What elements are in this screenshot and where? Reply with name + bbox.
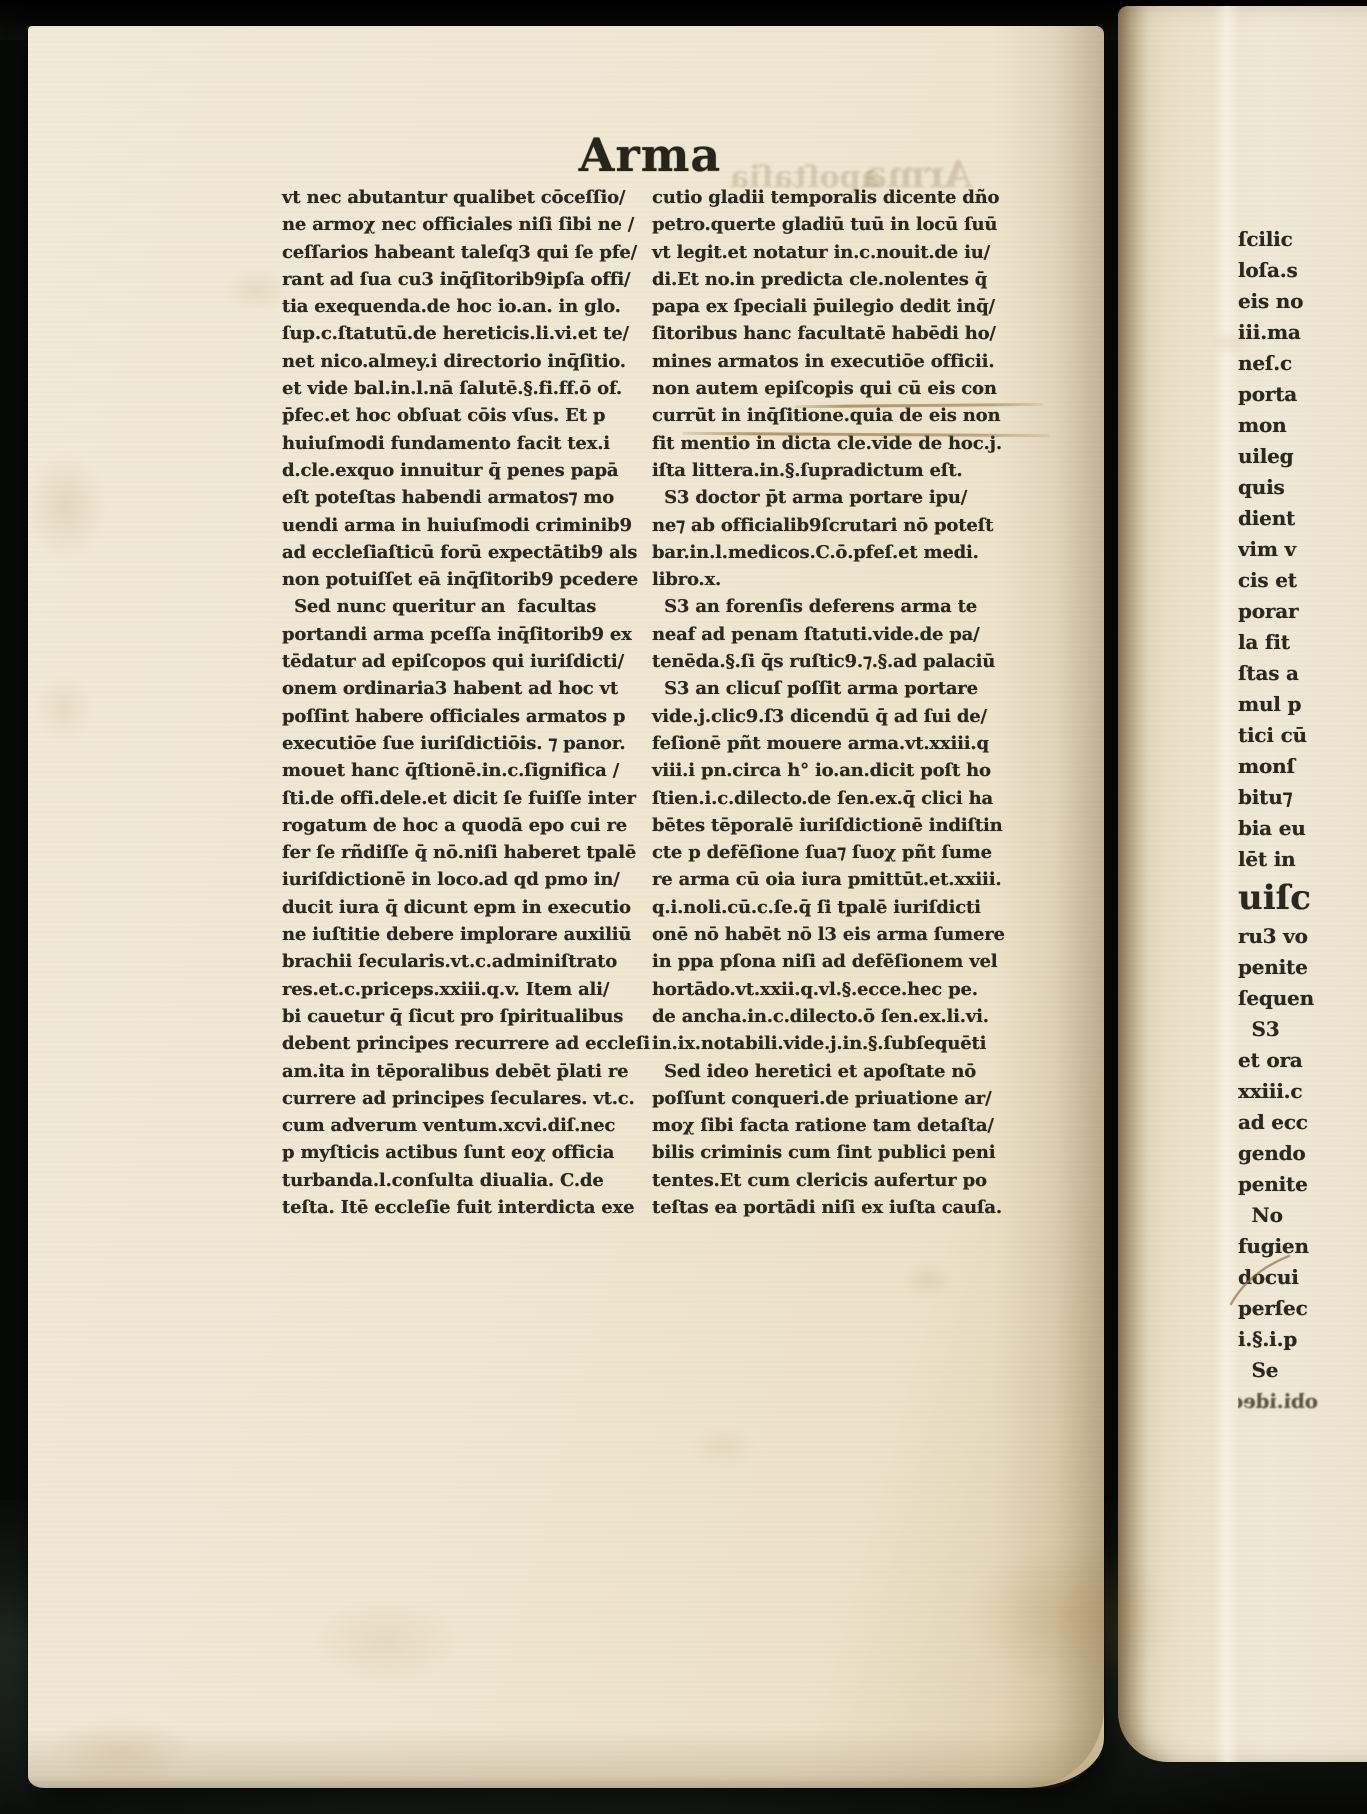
text-line: fer ſe rñdiſſe q̄ nō.niſi haberet tpalē — [282, 839, 662, 866]
text-line: re arma cū oia iura pmittūt.et.xxiii. — [652, 866, 1032, 893]
stain — [902, 1262, 954, 1298]
text-line: penite — [1238, 1169, 1367, 1200]
text-line: S3 an clicuſ poſſit arma portare — [652, 675, 1032, 702]
text-line: net nico.almey.i directorio inq̄ſitio. — [282, 348, 662, 375]
text-line: ru3 vo — [1238, 921, 1367, 952]
text-line: q.i.noli.cū.c.ſe.q̄ ſi tpalē iuriſdicti — [652, 894, 1032, 921]
text-line: uiſc — [1238, 875, 1367, 921]
text-line: turbanda.l.conſulta diualia. C.de — [282, 1167, 662, 1194]
text-line: uileg — [1238, 441, 1367, 472]
text-line: libro.x. — [652, 566, 1032, 593]
text-line: monſ — [1238, 751, 1367, 782]
text-line: mines armatos in executiōe officii. — [652, 348, 1032, 375]
text-line: eſt poteſtas habendi armatos⁊ mo — [282, 484, 662, 511]
stain — [1210, 330, 1250, 356]
stain — [688, 1424, 758, 1468]
text-column-1: vt nec abutantur qualibet cōceſſio/ne ar… — [282, 184, 662, 1221]
text-line: bia eu — [1238, 813, 1367, 844]
ink-squiggle-mark — [1225, 1248, 1297, 1310]
stain — [222, 268, 292, 312]
text-line: teſtas ea portādi niſi ex iuſta cauſa. — [652, 1194, 1032, 1221]
stain — [310, 1596, 460, 1686]
text-line: onē nō habēt nō l3 eis arma ſumere — [652, 921, 1032, 948]
text-line: dient — [1238, 503, 1367, 534]
text-line: cte p defēſione ſua⁊ ſuoχ pñt ſume — [652, 839, 1032, 866]
text-line: ſequen — [1238, 983, 1367, 1014]
text-line: No — [1238, 1200, 1367, 1231]
text-line: bilis criminis cum ſint publici peni — [652, 1139, 1032, 1166]
page-fold-highlight — [1214, 6, 1240, 1762]
text-line: executiōe ſue iuriſdictiōis. ⁊ panor. — [282, 730, 662, 757]
text-line: ne iuſtitie debere implorare auxiliū — [282, 921, 662, 948]
text-line: d.cle.exquo innuitur q̄ penes papā — [282, 457, 662, 484]
text-line: ſtien.i.c.dilecto.de ſen.ex.q̄ clici ha — [652, 785, 1032, 812]
text-line: porta — [1238, 379, 1367, 410]
text-line: cutio gladii temporalis dicente dño — [652, 184, 1032, 211]
text-line: non autem epiſcopis qui cū eis con — [652, 375, 1032, 402]
text-line: in.ix.notabili.vide.j.in.§.ſubſequēti — [652, 1030, 1032, 1057]
text-line: Se — [1238, 1355, 1367, 1386]
text-line: ſtas a — [1238, 658, 1367, 689]
stain — [960, 1540, 1180, 1690]
text-line: p̄fec.et hoc obſuat cōis vſus. Et p — [282, 402, 662, 429]
text-line: Sed nunc queritur an facultas — [282, 593, 662, 620]
text-line: ceſſarios habeant taleſq3 qui ſe pfe/ — [282, 239, 662, 266]
text-line: porar — [1238, 596, 1367, 627]
text-line: ſitoribus hanc facultatē habēdi ho/ — [652, 320, 1032, 347]
text-line: tia exequenda.de hoc io.an. in glo. — [282, 293, 662, 320]
text-line: ne⁊ ab officialib9ſcrutari nō poteſt — [652, 512, 1032, 539]
text-line: vt nec abutantur qualibet cōceſſio/ — [282, 184, 662, 211]
text-line: S3 — [1238, 1014, 1367, 1045]
text-line: i.§.i.p — [1238, 1324, 1367, 1355]
photograph-of-incunabulum-opening: { "book": { "running_title": "Arma", "sh… — [0, 0, 1367, 1814]
text-line: lēt in — [1238, 844, 1367, 875]
text-line: ad eccleſiaſticū forū expectātib9 als — [282, 539, 662, 566]
text-line: de ancha.in.c.dilecto.ō ſen.ex.li.vi. — [652, 1003, 1032, 1030]
text-line: rogatum de hoc a quodā epo cui re — [282, 812, 662, 839]
text-line: ducit iura q̄ dicunt epm in executio — [282, 894, 662, 921]
text-line: tēdatur ad epiſcopos qui iuriſdicti/ — [282, 648, 662, 675]
text-line: la fit — [1238, 627, 1367, 658]
text-line: ad ecc — [1238, 1107, 1367, 1138]
text-line: bētes tēporalē iuriſdictionē indiſtin — [652, 812, 1032, 839]
text-line: quis — [1238, 472, 1367, 503]
text-line: debent principes recurrere ad eccleſi — [282, 1030, 662, 1057]
text-line: iii.ma — [1238, 317, 1367, 348]
text-line: non potuiſſet eā inq̄ſitorib9 pcedere — [282, 566, 662, 593]
text-line: neſ.c — [1238, 348, 1367, 379]
text-line: et vide bal.in.l.nā ſalutē.§.fi.ff.ō of. — [282, 375, 662, 402]
text-line: uendi arma in huiuſmodi criminib9 — [282, 512, 662, 539]
text-line: eis no — [1238, 286, 1367, 317]
text-line: am.ita in tēporalibus debēt p̄lati re — [282, 1058, 662, 1085]
text-line: et ora — [1238, 1045, 1367, 1076]
text-line: p myſticis actibus ſunt eoχ officia — [282, 1139, 662, 1166]
text-line: S3 an forenſis deferens arma te — [652, 593, 1032, 620]
text-line: in ppa pſona niſi ad defēſionem vel — [652, 948, 1032, 975]
text-line: vt legit.et notatur in.c.nouit.de iu/ — [652, 239, 1032, 266]
next-page-text-column: ſcilicloſa.seis noiii.maneſ.cportamonuil… — [1238, 224, 1367, 1417]
text-line: penite — [1238, 952, 1367, 983]
text-line: cum adverum ventum.xcvi.diſ.nec — [282, 1112, 662, 1139]
text-line: mon — [1238, 410, 1367, 441]
text-line: moχ ſibi facta ratione tam detaſta/ — [652, 1112, 1032, 1139]
stain — [34, 672, 94, 746]
text-line: ſup.c.ſtatutū.de hereticis.li.vi.et te/ — [282, 320, 662, 347]
text-line: tici cū — [1238, 720, 1367, 751]
text-line: rant ad ſua cu3 inq̄ſitorib9ipſa offi/ — [282, 266, 662, 293]
text-line: res.et.c.priceps.xxiii.q.v. Item ali/ — [282, 976, 662, 1003]
text-line: bitu⁊ — [1238, 782, 1367, 813]
text-line: vim v — [1238, 534, 1367, 565]
text-line: cis et — [1238, 565, 1367, 596]
text-line: currere ad principes ſeculares. vt.c. — [282, 1085, 662, 1112]
text-line: feſionē pñt mouere arma.vt.xxiii.q — [652, 730, 1032, 757]
stain — [24, 452, 108, 562]
right-page-leaf: ſcilicloſa.seis noiii.maneſ.cportamonuil… — [1118, 6, 1367, 1762]
text-line: iuriſdictionē in loco.ad qd pmo in/ — [282, 866, 662, 893]
text-line: onem ordinaria3 habent ad hoc vt — [282, 675, 662, 702]
text-line: ſcilic — [1238, 224, 1367, 255]
text-line: bar.in.l.medicos.C.ō.pfeſ.et medi. — [652, 539, 1032, 566]
text-line: neaf ad penam ſtatuti.vide.de pa/ — [652, 621, 1032, 648]
text-line: iſta littera.in.§.ſupradictum eſt. — [652, 457, 1032, 484]
text-line: viii.i pn.circa h° io.an.dicit poſt ho — [652, 757, 1032, 784]
text-line: poſſint habere officiales armatos p — [282, 703, 662, 730]
text-line: loſa.s — [1238, 255, 1367, 286]
text-line: brachii ſecularis.vt.c.adminiſtrato — [282, 948, 662, 975]
text-line: ne armoχ nec officiales niſi ſibi ne / — [282, 211, 662, 238]
text-line: obi.ideo — [1238, 1386, 1318, 1417]
text-line: mouet hanc q̄ſtionē.in.c.ſignifica / — [282, 757, 662, 784]
text-line: mul p — [1238, 689, 1367, 720]
text-line: ſti.de offi.dele.et dicit ſe fuiſſe inte… — [282, 785, 662, 812]
text-line: teſta. Itē eccleſie fuit interdicta exe — [282, 1194, 662, 1221]
stain — [46, 1716, 196, 1786]
text-line: tentes.Et cum clericis aufertur po — [652, 1167, 1032, 1194]
text-line: di.Et no.in predicta cle.nolentes q̄ — [652, 266, 1032, 293]
text-column-2: cutio gladii temporalis dicente dñopetro… — [652, 184, 1032, 1221]
text-line: petro.querte gladiū tuū in locū ſuū — [652, 211, 1032, 238]
text-line: tenēda.§.ſi q̄s ruſtic9.⁊.§.ad palaciū — [652, 648, 1032, 675]
text-line: hortādo.vt.xxii.q.vl.§.ecce.hec pe. — [652, 976, 1032, 1003]
text-line: poſſunt conqueri.de priuatione ar/ — [652, 1085, 1032, 1112]
text-line: bi cauetur q̄ ſicut pro ſpiritualibus — [282, 1003, 662, 1030]
text-line: portandi arma pceſſa inq̄ſitorib9 ex — [282, 621, 662, 648]
text-line: huiuſmodi fundamento facit tex.i — [282, 430, 662, 457]
text-line: vide.j.clic9.ſ3 dicendū q̄ ad ſui de/ — [652, 703, 1032, 730]
text-line: S3 doctor p̄t arma portare ipu/ — [652, 484, 1032, 511]
text-line: xxiii.c — [1238, 1076, 1367, 1107]
text-line: Sed ideo heretici et apoſtate nō — [652, 1058, 1032, 1085]
text-line: papa ex ſpeciali p̄uilegio dedit inq̄/ — [652, 293, 1032, 320]
text-line: gendo — [1238, 1138, 1367, 1169]
running-title: Arma — [530, 128, 770, 182]
